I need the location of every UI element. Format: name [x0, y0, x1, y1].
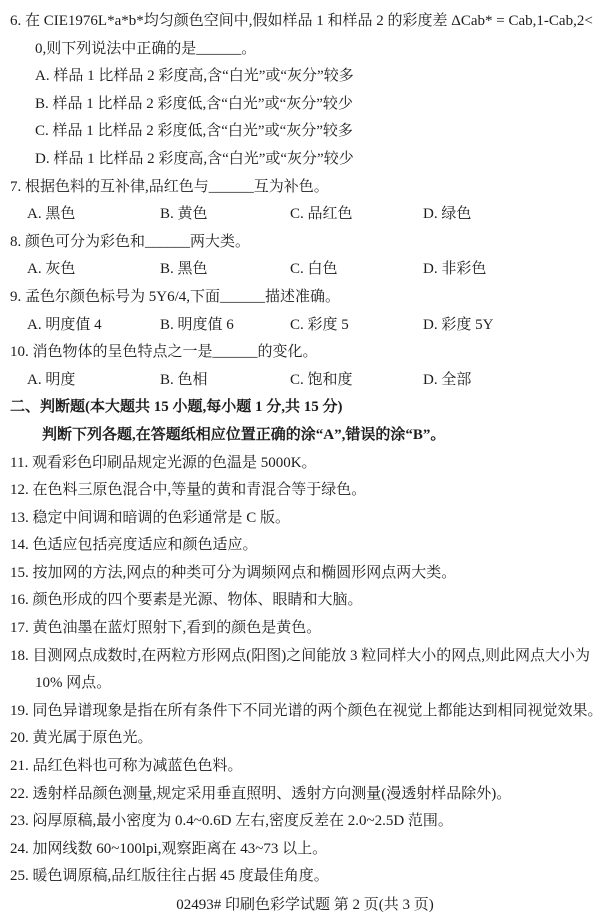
page-footer: 02493# 印刷色彩学试题 第 2 页(共 3 页) — [8, 892, 602, 920]
question-8-options: A. 灰色 B. 黑色 C. 白色 D. 非彩色 — [8, 256, 602, 284]
question-10-option-a: A. 明度 — [27, 367, 160, 395]
question-10-options: A. 明度 B. 色相 C. 饱和度 D. 全部 — [8, 367, 602, 395]
question-14: 14. 色适应包括亮度适应和颜色适应。 — [8, 532, 602, 560]
question-12: 12. 在色料三原色混合中,等量的黄和青混合等于绿色。 — [8, 477, 602, 505]
question-9-options: A. 明度值 4 B. 明度值 6 C. 彩度 5 D. 彩度 5Y — [8, 312, 602, 340]
question-7-option-b: B. 黄色 — [160, 201, 290, 229]
question-6-option-c: C. 样品 1 比样品 2 彩度低,含“白光”或“灰分”较多 — [8, 118, 602, 146]
question-8-option-c: C. 白色 — [290, 256, 423, 284]
question-11: 11. 观看彩色印刷品规定光源的色温是 5000K。 — [8, 450, 602, 478]
question-13: 13. 稳定中间调和暗调的色彩通常是 C 版。 — [8, 505, 602, 533]
question-6-option-b: B. 样品 1 比样品 2 彩度低,含“白光”或“灰分”较少 — [8, 91, 602, 119]
question-18-line-2: 10% 网点。 — [8, 670, 602, 698]
section-2-title: 二、判断题(本大题共 15 小题,每小题 1 分,共 15 分) — [8, 394, 602, 422]
question-17: 17. 黄色油墨在蓝灯照射下,看到的颜色是黄色。 — [8, 615, 602, 643]
question-10-option-d: D. 全部 — [423, 367, 602, 395]
question-19: 19. 同色异谱现象是指在所有条件下不同光谱的两个颜色在视觉上都能达到相同视觉效… — [8, 698, 602, 726]
question-8-option-a: A. 灰色 — [27, 256, 160, 284]
question-16: 16. 颜色形成的四个要素是光源、物体、眼睛和大脑。 — [8, 587, 602, 615]
question-7-option-d: D. 绿色 — [423, 201, 602, 229]
question-7-option-c: C. 品红色 — [290, 201, 423, 229]
question-8-option-b: B. 黑色 — [160, 256, 290, 284]
question-25: 25. 暖色调原稿,品红版往往占据 45 度最佳角度。 — [8, 863, 602, 891]
question-10-stem: 10. 消色物体的呈色特点之一是______的变化。 — [8, 339, 602, 367]
question-6-line-2: 0,则下列说法中正确的是______。 — [8, 36, 602, 64]
question-23: 23. 闷厚原稿,最小密度为 0.4~0.6D 左右,密度反差在 2.0~2.5… — [8, 808, 602, 836]
section-2-instruction: 判断下列各题,在答题纸相应位置正确的涂“A”,错误的涂“B”。 — [8, 422, 602, 450]
question-22: 22. 透射样品颜色测量,规定采用垂直照明、透射方向测量(漫透射样品除外)。 — [8, 781, 602, 809]
question-15: 15. 按加网的方法,网点的种类可分为调频网点和椭圆形网点两大类。 — [8, 560, 602, 588]
question-6-option-a: A. 样品 1 比样品 2 彩度高,含“白光”或“灰分”较多 — [8, 63, 602, 91]
exam-paper-page: 6. 在 CIE1976L*a*b*均匀颜色空间中,假如样品 1 和样品 2 的… — [0, 0, 610, 922]
question-9-option-d: D. 彩度 5Y — [423, 312, 602, 340]
question-24: 24. 加网线数 60~100lpi,观察距离在 43~73 以上。 — [8, 836, 602, 864]
question-6-line-1: 6. 在 CIE1976L*a*b*均匀颜色空间中,假如样品 1 和样品 2 的… — [8, 8, 602, 36]
question-21: 21. 品红色料也可称为减蓝色色料。 — [8, 753, 602, 781]
question-7-options: A. 黑色 B. 黄色 C. 品红色 D. 绿色 — [8, 201, 602, 229]
question-9-option-a: A. 明度值 4 — [27, 312, 160, 340]
question-20: 20. 黄光属于原色光。 — [8, 725, 602, 753]
question-10-option-b: B. 色相 — [160, 367, 290, 395]
question-7-stem: 7. 根据色料的互补律,品红色与______互为补色。 — [8, 174, 602, 202]
question-7-option-a: A. 黑色 — [27, 201, 160, 229]
question-9-stem: 9. 孟色尔颜色标号为 5Y6/4,下面______描述准确。 — [8, 284, 602, 312]
question-8-option-d: D. 非彩色 — [423, 256, 602, 284]
question-9-option-b: B. 明度值 6 — [160, 312, 290, 340]
question-9-option-c: C. 彩度 5 — [290, 312, 423, 340]
question-18-line-1: 18. 目测网点成数时,在两粒方形网点(阳图)之间能放 3 粒同样大小的网点,则… — [8, 643, 602, 671]
question-6-option-d: D. 样品 1 比样品 2 彩度高,含“白光”或“灰分”较少 — [8, 146, 602, 174]
question-8-stem: 8. 颜色可分为彩色和______两大类。 — [8, 229, 602, 257]
question-10-option-c: C. 饱和度 — [290, 367, 423, 395]
